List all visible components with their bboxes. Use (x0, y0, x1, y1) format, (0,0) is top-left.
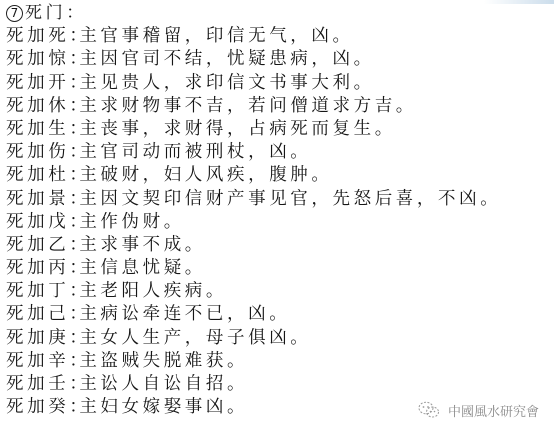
entry-key: 死加景 (6, 189, 69, 209)
entry-text: 主求事不成。 (79, 235, 206, 255)
entry-separator: ： (69, 280, 79, 303)
entry-separator: ： (69, 72, 79, 95)
entry-key: 死加死 (6, 26, 69, 46)
entry-separator: ： (69, 188, 79, 211)
entry-text: 主盗贼失脱难获。 (79, 351, 248, 371)
entry-line: 死加戊：主作伪财。 (6, 211, 546, 234)
entry-line: 死加己：主病讼牵连不已，凶。 (6, 303, 546, 326)
heading-colon: ： (66, 2, 76, 25)
entry-key: 死加开 (6, 73, 69, 93)
entry-key: 死加丙 (6, 258, 69, 278)
entry-separator: ： (69, 25, 79, 48)
entry-text: 主老阳人疾病。 (79, 281, 227, 301)
circled-number: 7 (6, 5, 23, 22)
watermark: 中國風水研究會 (418, 398, 539, 422)
entry-key: 死加壬 (6, 374, 69, 394)
entry-line: 死加惊：主因官司不结，忧疑患病，凶。 (6, 48, 546, 71)
entry-separator: ： (69, 234, 79, 257)
entry-line: 死加乙：主求事不成。 (6, 234, 546, 257)
entry-text: 主求财物事不吉，若问僧道求方吉。 (79, 96, 417, 116)
document-body: 7死门： 死加死：主官事稽留，印信无气，凶。 死加惊：主因官司不结，忧疑患病，凶… (6, 2, 546, 419)
entry-key: 死加己 (6, 304, 69, 324)
entry-key: 死加杜 (6, 165, 69, 185)
entry-separator: ： (69, 141, 79, 164)
entry-key: 死加伤 (6, 142, 69, 162)
entry-separator: ： (69, 303, 79, 326)
entry-key: 死加辛 (6, 351, 69, 371)
entry-key: 死加乙 (6, 235, 69, 255)
watermark-text: 中國風水研究會 (448, 401, 539, 420)
entry-text: 主女人生产，母子俱凶。 (79, 328, 311, 348)
entry-text: 主妇女嫁娶事凶。 (79, 397, 248, 417)
entry-text: 主因官司不结，忧疑患病，凶。 (79, 49, 374, 69)
entry-key: 死加丁 (6, 281, 69, 301)
entry-line: 死加庚：主女人生产，母子俱凶。 (6, 327, 546, 350)
entry-key: 死加戊 (6, 212, 69, 232)
entry-separator: ： (69, 373, 79, 396)
entry-text: 主病讼牵连不已，凶。 (79, 304, 290, 324)
entry-separator: ： (69, 118, 79, 141)
entry-line: 死加伤：主官司动而被刑杖，凶。 (6, 141, 546, 164)
entry-line: 死加丙：主信息忧疑。 (6, 257, 546, 280)
entry-key: 死加癸 (6, 397, 69, 417)
entry-text: 主官司动而被刑杖，凶。 (79, 142, 311, 162)
entry-line: 死加生：主丧事，求财得，占病死而复生。 (6, 118, 546, 141)
entry-separator: ： (69, 211, 79, 234)
entry-separator: ： (69, 350, 79, 373)
entry-line: 死加杜：主破财，妇人风疾，腹肿。 (6, 164, 546, 187)
entry-line: 死加开：主见贵人，求印信文书事大利。 (6, 72, 546, 95)
entry-text: 主破财，妇人风疾，腹肿。 (79, 165, 332, 185)
entry-text: 主官事稽留，印信无气，凶。 (79, 26, 353, 46)
entry-text: 主作伪财。 (79, 212, 185, 232)
entry-line: 死加丁：主老阳人疾病。 (6, 280, 546, 303)
entry-separator: ： (69, 164, 79, 187)
entry-line: 死加壬：主讼人自讼自招。 (6, 373, 546, 396)
entry-text: 主见贵人，求印信文书事大利。 (79, 73, 374, 93)
entry-key: 死加庚 (6, 328, 69, 348)
section-heading: 7死门： (6, 2, 546, 25)
entry-text: 主因文契印信财产事见官，先怒后喜，不凶。 (79, 189, 501, 209)
entry-separator: ： (69, 327, 79, 350)
entry-separator: ： (69, 95, 79, 118)
wechat-icon (418, 401, 440, 419)
entry-text: 主丧事，求财得，占病死而复生。 (79, 119, 396, 139)
heading-title: 死门 (25, 3, 66, 23)
entry-text: 主信息忧疑。 (79, 258, 206, 278)
entry-line: 死加辛：主盗贼失脱难获。 (6, 350, 546, 373)
entry-text: 主讼人自讼自招。 (79, 374, 248, 394)
entry-line: 死加死：主官事稽留，印信无气，凶。 (6, 25, 546, 48)
entry-line: 死加休：主求财物事不吉，若问僧道求方吉。 (6, 95, 546, 118)
entry-key: 死加惊 (6, 49, 69, 69)
entry-key: 死加生 (6, 119, 69, 139)
entry-separator: ： (69, 257, 79, 280)
entry-separator: ： (69, 48, 79, 71)
entry-line: 死加景：主因文契印信财产事见官，先怒后喜，不凶。 (6, 188, 546, 211)
entry-separator: ： (69, 396, 79, 419)
entry-key: 死加休 (6, 96, 69, 116)
